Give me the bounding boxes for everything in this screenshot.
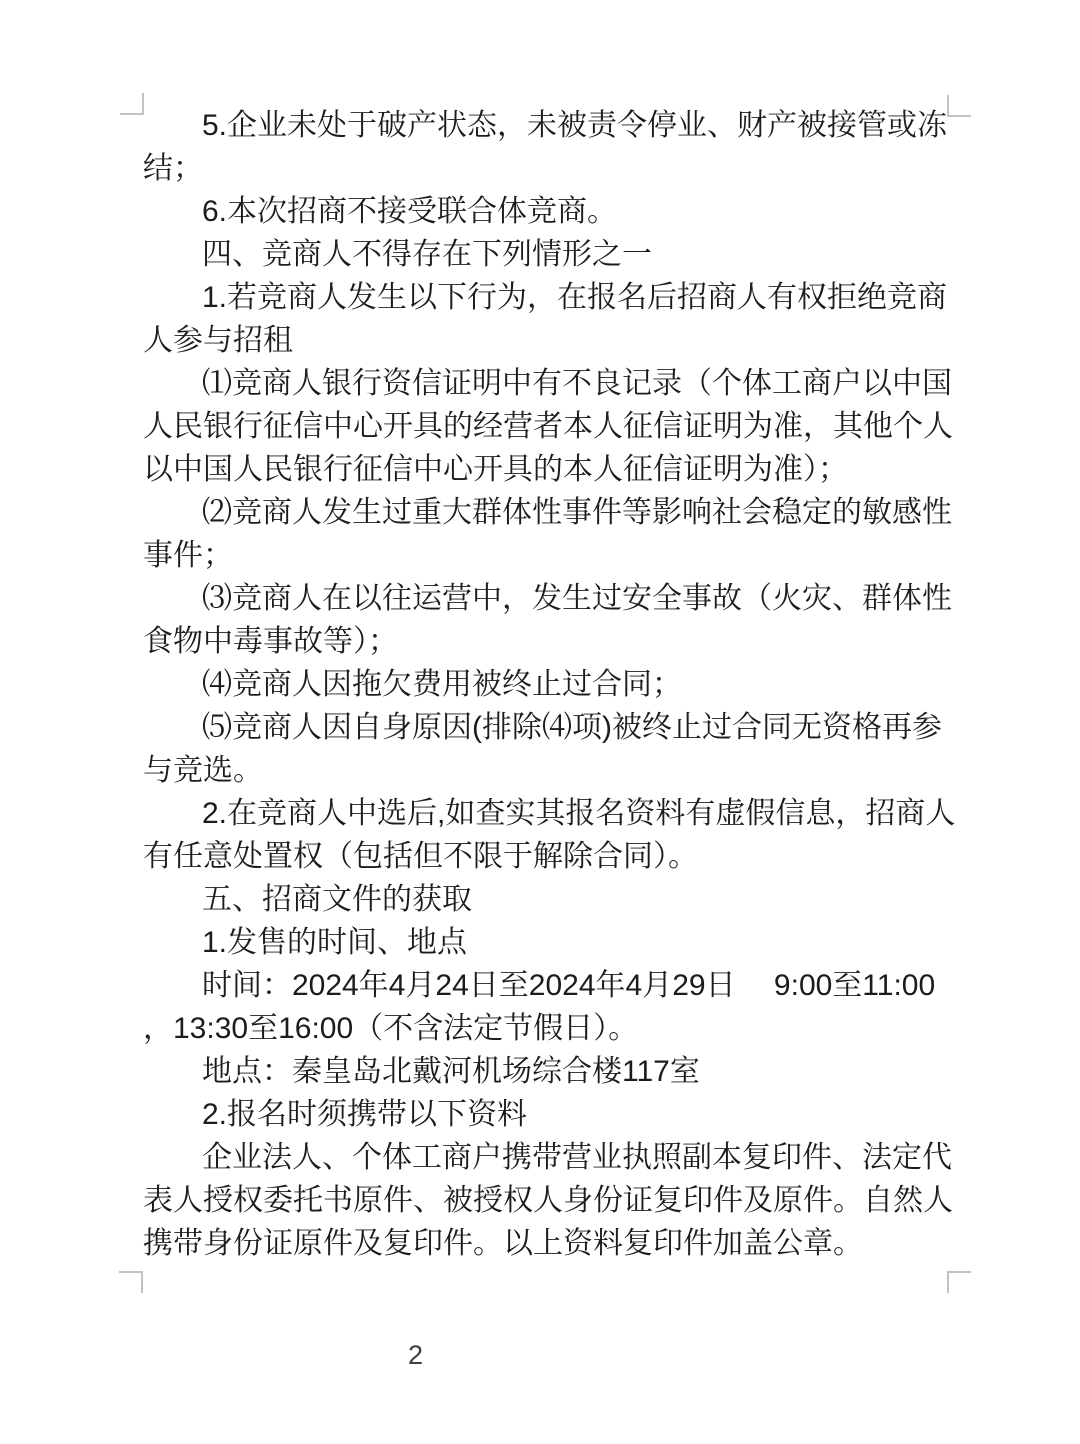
text-line: 四、竞商人不得存在下列情形之一 xyxy=(143,233,1043,276)
text-boundary-mark-bottom-left xyxy=(119,1271,143,1293)
text-line: 以中国人民银行征信中心开具的本人征信证明为准）； xyxy=(143,448,1043,491)
document-page: 5.企业未处于破产状态，未被责令停业、财产被接管或冻结；6.本次招商不接受联合体… xyxy=(0,0,1080,1444)
text-line: 表人授权委托书原件、被授权人身份证复印件及原件。自然人 xyxy=(143,1179,1043,1222)
text-line: 五、招商文件的获取 xyxy=(143,878,1043,921)
page-number: 2 xyxy=(408,1340,423,1370)
text-line: 有任意处置权（包括但不限于解除合同）。 xyxy=(143,835,1043,878)
text-line: 携带身份证原件及复印件。以上资料复印件加盖公章。 xyxy=(143,1222,1043,1265)
text-line: 人民银行征信中心开具的经营者本人征信证明为准，其他个人 xyxy=(143,405,1043,448)
text-line: ，13:30至16:00（不含法定节假日）。 xyxy=(143,1007,1043,1050)
text-line: 地点：秦皇岛北戴河机场综合楼117室 xyxy=(143,1050,1043,1093)
text-line: 食物中毒事故等）； xyxy=(143,620,1043,663)
text-line: 人参与招租 xyxy=(143,319,1043,362)
text-line: 结； xyxy=(143,147,1043,190)
text-line: 1.若竞商人发生以下行为，在报名后招商人有权拒绝竞商 xyxy=(143,276,1043,319)
text-line: 2.在竞商人中选后,如查实其报名资料有虚假信息，招商人 xyxy=(143,792,1043,835)
text-line: 事件； xyxy=(143,534,1043,577)
document-body: 5.企业未处于破产状态，未被责令停业、财产被接管或冻结；6.本次招商不接受联合体… xyxy=(143,104,1043,1265)
text-boundary-mark-bottom-right xyxy=(947,1271,971,1293)
text-boundary-mark-top-left xyxy=(120,93,144,115)
text-line: ⑶竞商人在以往运营中，发生过安全事故（火灾、群体性 xyxy=(143,577,1043,620)
text-line: 6.本次招商不接受联合体竞商。 xyxy=(143,190,1043,233)
text-line: 1.发售的时间、地点 xyxy=(143,921,1043,964)
text-line: 企业法人、个体工商户携带营业执照副本复印件、法定代 xyxy=(143,1136,1043,1179)
text-line: ⑸竞商人因自身原因(排除⑷项)被终止过合同无资格再参 xyxy=(143,706,1043,749)
text-line: ⑴竞商人银行资信证明中有不良记录（个体工商户以中国 xyxy=(143,362,1043,405)
text-line: 时间：2024年4月24日至2024年4月29日 9:00至11:00 xyxy=(143,964,1043,1007)
text-line: 5.企业未处于破产状态，未被责令停业、财产被接管或冻 xyxy=(143,104,1043,147)
text-line: 2.报名时须携带以下资料 xyxy=(143,1093,1043,1136)
text-line: 与竞选。 xyxy=(143,749,1043,792)
text-line: ⑷竞商人因拖欠费用被终止过合同； xyxy=(143,663,1043,706)
text-line: ⑵竞商人发生过重大群体性事件等影响社会稳定的敏感性 xyxy=(143,491,1043,534)
